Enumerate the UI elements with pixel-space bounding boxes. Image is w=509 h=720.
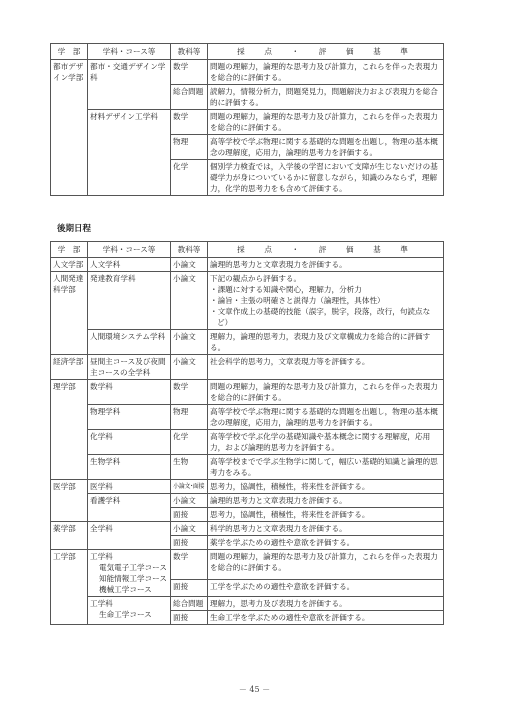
- criteria-cell: 思考力，協調性，積極性，将来性を評価する。: [208, 480, 444, 494]
- criteria-bullet: ・文章作成上の基礎的技能（誤字，脱字，段落，改行，句読点など）: [210, 306, 441, 328]
- department-cell: 人間環境システム学科: [88, 330, 171, 355]
- table-row: 経済学部 昼間主コース及び夜間主コースの全学科 小論文 社会科学的思考力，文章表…: [51, 355, 444, 380]
- criteria-cell: 薬学を学ぶための適性や意欲を評価する。: [208, 536, 444, 550]
- criteria-cell: 高等学校で学ぶ化学の基礎知識や基本概念に関する理解度，応用力，および論理的思考力…: [208, 430, 444, 455]
- department-name: 工学科: [90, 599, 113, 608]
- criteria-intro: 下記の観点から評価する。: [210, 274, 301, 283]
- evaluation-table-late: 学 部 学科・コース等 教科等 採 点 ・ 評 価 基 準 人文学部 人文学科 …: [50, 241, 444, 625]
- subject-cell: 物理: [171, 135, 208, 160]
- subject-cell: 小論文: [171, 272, 208, 330]
- department-cell: 数学科: [88, 380, 171, 405]
- subject-cell: 数学: [171, 110, 208, 135]
- department-cell: 医学科: [88, 480, 171, 494]
- table-row: 工学部 工学科 電気電子工学コース 知能情報工学コース 機械工学コース 数学 問…: [51, 550, 444, 580]
- criteria-cell: 高等学校で学ぶ物理に関する基礎的な問題を出題し，物理の基本概念の理解度，応用力，…: [208, 405, 444, 430]
- header-department: 学科・コース等: [88, 242, 171, 258]
- criteria-cell: 工学を学ぶための適性や意欲を評価する。: [208, 580, 444, 597]
- subject-cell: 小論文: [171, 330, 208, 355]
- subject-cell: 生物: [171, 455, 208, 480]
- department-cell: 工学科 生命工学コース: [88, 597, 171, 625]
- table-header-row: 学 部 学科・コース等 教科等 採 点 ・ 評 価 基 準: [51, 242, 444, 258]
- table-row: 生物学科 生物 高等学校までで学ぶ生物学に関して，幅広い基礎的知識と論理的思考力…: [51, 455, 444, 480]
- criteria-cell: 問題の理解力，論理的な思考力及び計算力，これらを伴った表現力を総合的に評価する。: [208, 380, 444, 405]
- subject-cell: 面接: [171, 508, 208, 522]
- faculty-cell: 工学部: [51, 550, 88, 625]
- section-heading-late-schedule: 後期日程: [57, 222, 91, 234]
- department-cell: 発達教育学科: [88, 272, 171, 330]
- table-row: 人間発達科学部 発達教育学科 小論文 下記の観点から評価する。 ・課題に対する知…: [51, 272, 444, 330]
- subject-cell: 面接: [171, 536, 208, 550]
- table-header-row: 学 部 学科・コース等 教科等 採 点 ・ 評 価 基 準: [51, 44, 444, 60]
- subject-cell: 総合問題: [171, 85, 208, 110]
- department-cell: 人文学科: [88, 258, 171, 272]
- subject-cell: 面接: [171, 611, 208, 625]
- department-cell: 生物学科: [88, 455, 171, 480]
- table-row: 物理学科 物理 高等学校で学ぶ物理に関する基礎的な問題を出題し，物理の基本概念の…: [51, 405, 444, 430]
- subject-cell: 数学: [171, 60, 208, 85]
- faculty-cell: 理学部: [51, 380, 88, 480]
- subject-cell: 化学: [171, 430, 208, 455]
- subject-cell: 化学: [171, 160, 208, 196]
- table-row: 工学科 生命工学コース 総合問題 理解力，思考力及び表現力を評価する。: [51, 597, 444, 611]
- table-row: 人間環境システム学科 小論文 理解力，論理的思考力，表現力及び文章構成力を総合的…: [51, 330, 444, 355]
- header-subject: 教科等: [171, 242, 208, 258]
- page-number: － 45 －: [0, 684, 509, 695]
- course-name: 機械工学コース: [90, 584, 168, 595]
- course-name: 電気電子工学コース: [90, 562, 168, 573]
- header-faculty: 学 部: [51, 44, 88, 60]
- table-row: 都市デザイン学部 都市・交通デザイン学科 数学 問題の理解力，論理的な思考力及び…: [51, 60, 444, 85]
- subject-cell: 小論文: [171, 355, 208, 380]
- faculty-cell: 人間発達科学部: [51, 272, 88, 355]
- faculty-cell: 人文学部: [51, 258, 88, 272]
- department-cell: 昼間主コース及び夜間主コースの全学科: [88, 355, 171, 380]
- evaluation-table-front: 学 部 学科・コース等 教科等 採 点 ・ 評 価 基 準 都市デザイン学部 都…: [50, 43, 444, 196]
- subject-cell: 総合問題: [171, 597, 208, 611]
- criteria-cell: 生命工学を学ぶための適性や意欲を評価する。: [208, 611, 444, 625]
- header-department: 学科・コース等: [88, 44, 171, 60]
- faculty-cell: 医学部: [51, 480, 88, 522]
- criteria-cell: 論理的思考力と文章表現力を評価する。: [208, 258, 444, 272]
- subject-cell: 数学: [171, 550, 208, 580]
- subject-cell: 小論文: [171, 258, 208, 272]
- header-criteria: 採 点 ・ 評 価 基 準: [208, 44, 444, 60]
- criteria-cell: 問題の理解力，論理的な思考力及び計算力，これらを伴った表現力を総合的に評価する。: [208, 60, 444, 85]
- subject-cell: 小論文: [171, 522, 208, 536]
- table-row: 理学部 数学科 数学 問題の理解力，論理的な思考力及び計算力，これらを伴った表現…: [51, 380, 444, 405]
- subject-cell: 数学: [171, 380, 208, 405]
- criteria-cell: 高等学校までで学ぶ生物学に関して，幅広い基礎的知識と論理的思考力をみる。: [208, 455, 444, 480]
- criteria-cell: 下記の観点から評価する。 ・課題に対する知識や関心，理解力，分析力 ・論旨・主張…: [208, 272, 444, 330]
- criteria-cell: 読解力，情報分析力，問題発見力，問題解決力および表現力を総合的に評価する。: [208, 85, 444, 110]
- criteria-cell: 問題の理解力，論理的な思考力及び計算力，これらを伴った表現力を総合的に評価する。: [208, 110, 444, 135]
- criteria-cell: 高等学校で学ぶ物理に関する基礎的な問題を出題し，物理の基本概念の理解度，応用力，…: [208, 135, 444, 160]
- faculty-cell: 都市デザイン学部: [51, 60, 88, 196]
- subject-cell: 物理: [171, 405, 208, 430]
- faculty-cell: 経済学部: [51, 355, 88, 380]
- table-row: 人文学部 人文学科 小論文 論理的思考力と文章表現力を評価する。: [51, 258, 444, 272]
- criteria-bullet: ・課題に対する知識や関心，理解力，分析力: [210, 284, 441, 295]
- criteria-bullet: ・論旨・主張の明確さと説得力（論理性，具体性）: [210, 295, 441, 306]
- course-name: 知能情報工学コース: [90, 573, 168, 584]
- header-criteria: 採 点 ・ 評 価 基 準: [208, 242, 444, 258]
- criteria-cell: 論理的思考力と文章表現力を評価する。: [208, 494, 444, 508]
- subject-cell: 小論文: [171, 494, 208, 508]
- subject-cell: 面接: [171, 580, 208, 597]
- department-cell: 都市・交通デザイン学科: [88, 60, 171, 110]
- criteria-cell: 思考力，協調性，積極性，将来性を評価する。: [208, 508, 444, 522]
- faculty-cell: 薬学部: [51, 522, 88, 550]
- course-name: 生命工学コース: [90, 609, 168, 620]
- header-subject: 教科等: [171, 44, 208, 60]
- criteria-cell: 科学的思考力と文章表現力を評価する。: [208, 522, 444, 536]
- table-row: 医学部 医学科 小論文･面接 思考力，協調性，積極性，将来性を評価する。: [51, 480, 444, 494]
- department-cell: 物理学科: [88, 405, 171, 430]
- criteria-cell: 問題の理解力，論理的な思考力及び計算力，これらを伴った表現力を総合的に評価する。: [208, 550, 444, 580]
- table-row: 看護学科 小論文 論理的思考力と文章表現力を評価する。: [51, 494, 444, 508]
- criteria-cell: 個別学力検査では，入学後の学習において支障が生じないだけの基礎学力が身についてい…: [208, 160, 444, 196]
- department-cell: 材料デザイン工学科: [88, 110, 171, 196]
- department-cell: 看護学科: [88, 494, 171, 522]
- department-cell: 工学科 電気電子工学コース 知能情報工学コース 機械工学コース: [88, 550, 171, 597]
- subject-cell: 小論文･面接: [171, 480, 208, 494]
- table-row: 材料デザイン工学科 数学 問題の理解力，論理的な思考力及び計算力，これらを伴った…: [51, 110, 444, 135]
- table-row: 化学科 化学 高等学校で学ぶ化学の基礎知識や基本概念に関する理解度，応用力，およ…: [51, 430, 444, 455]
- criteria-cell: 理解力，論理的思考力，表現力及び文章構成力を総合的に評価する。: [208, 330, 444, 355]
- department-cell: 全学科: [88, 522, 171, 550]
- header-faculty: 学 部: [51, 242, 88, 258]
- department-cell: 化学科: [88, 430, 171, 455]
- criteria-cell: 社会科学的思考力，文章表現力等を評価する。: [208, 355, 444, 380]
- criteria-cell: 理解力，思考力及び表現力を評価する。: [208, 597, 444, 611]
- table-row: 薬学部 全学科 小論文 科学的思考力と文章表現力を評価する。: [51, 522, 444, 536]
- department-name: 工学科: [90, 552, 113, 561]
